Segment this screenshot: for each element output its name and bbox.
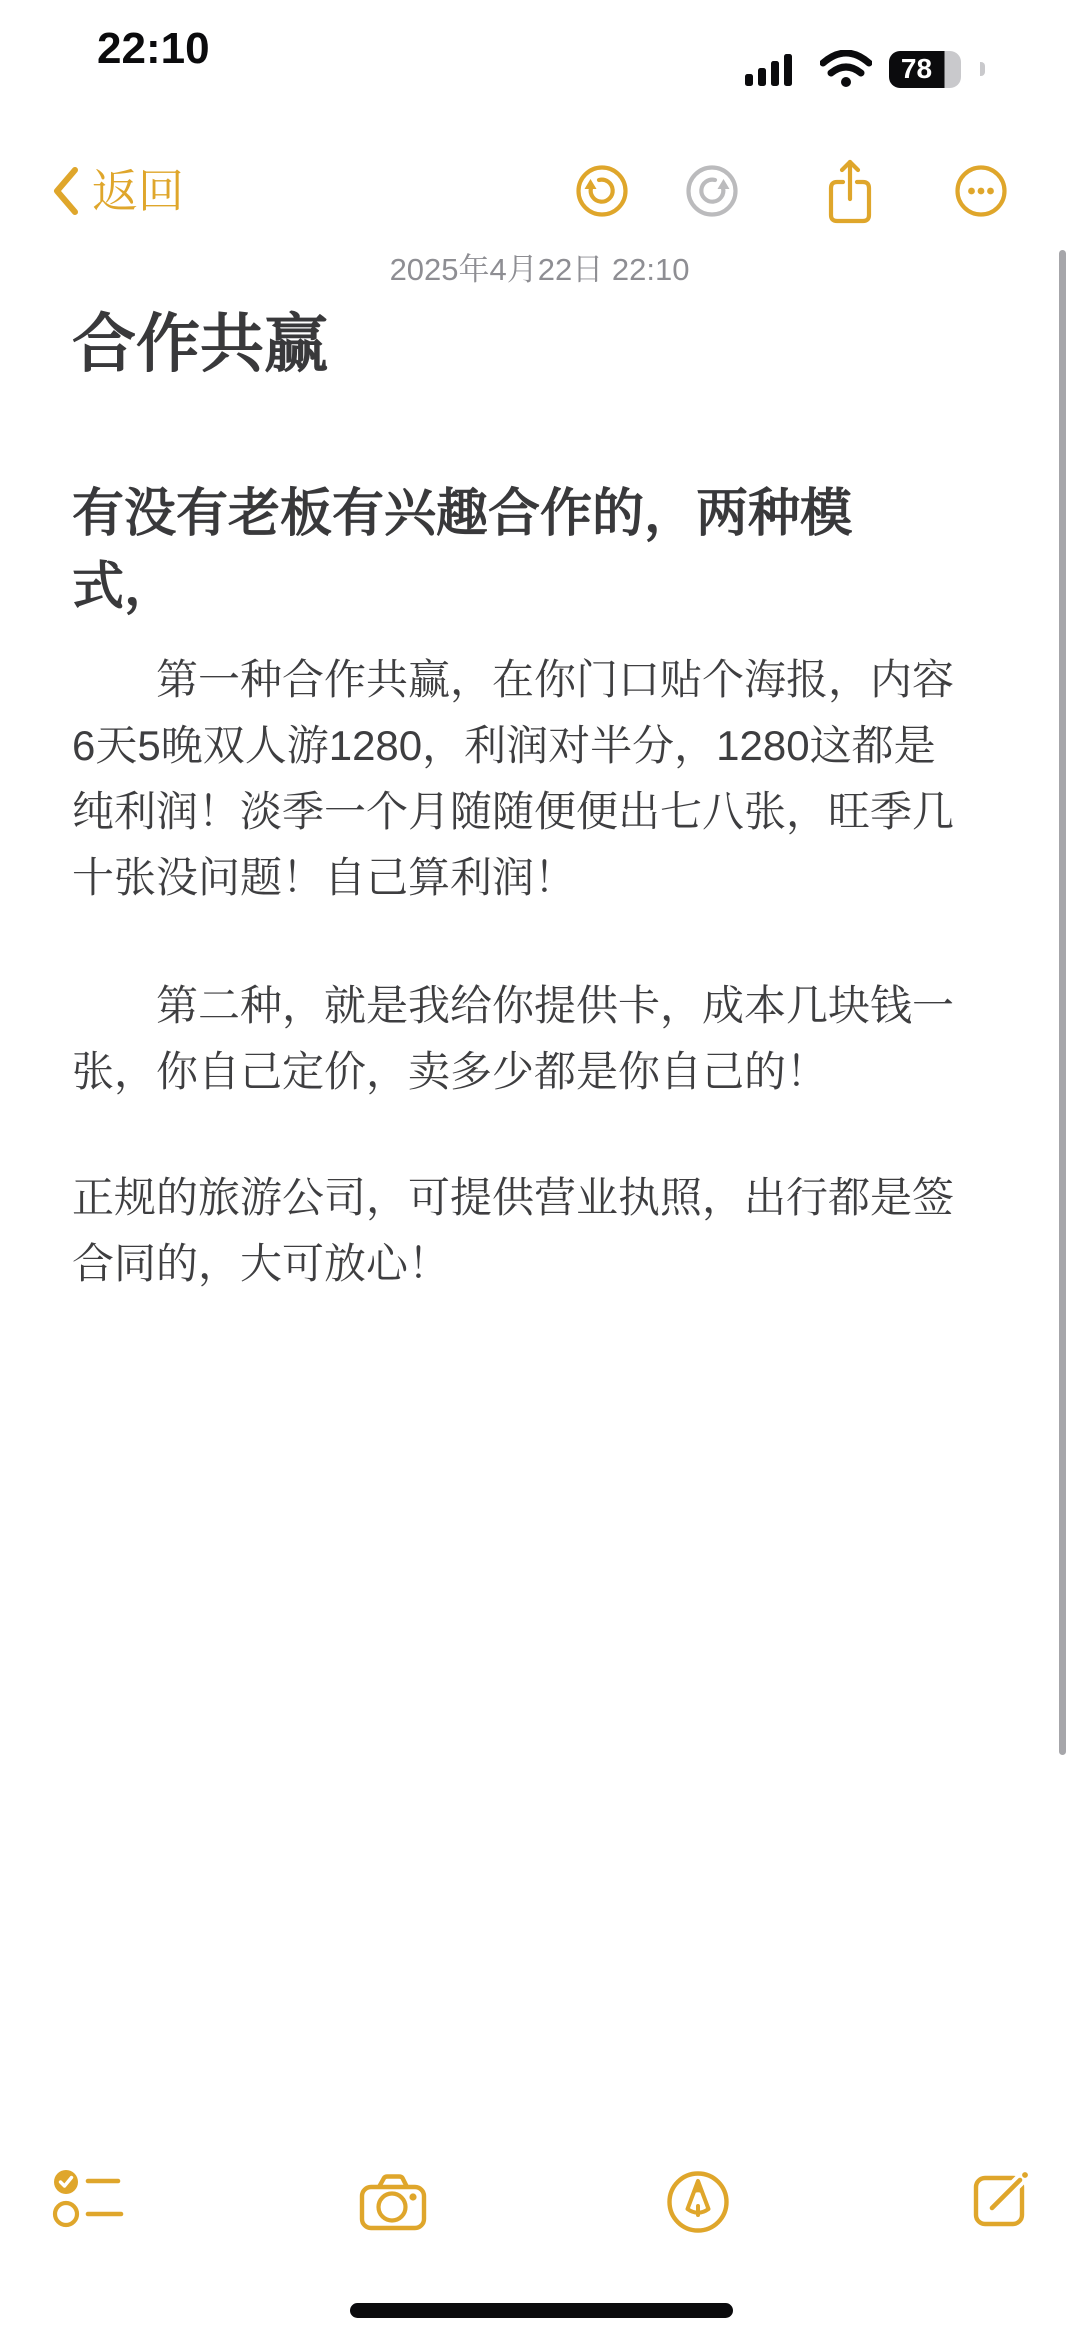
markup-icon[interactable] [665,2169,731,2235]
share-icon[interactable] [822,157,878,227]
note-line[interactable]: 正规的旅游公司，可提供营业执照，出行都是签 [72,1165,1007,1231]
heading-line[interactable]: 有没有老板有兴趣合作的，两种模 [72,478,1007,551]
note-paragraph-2[interactable]: 第二种，就是我给你提供卡，成本几块钱一 张，你自己定价，卖多少都是你自己的！ [72,973,1007,1105]
scrollbar[interactable] [1059,250,1066,1755]
note-content[interactable]: 2025年4月22日 22:10 合作共赢 有没有老板有兴趣合作的，两种模 式，… [72,250,1007,1297]
back-chevron-icon [50,165,80,217]
battery-nub [980,62,985,76]
undo-icon[interactable] [575,164,629,218]
heading-line[interactable]: 式， [72,551,1007,624]
note-title[interactable]: 合作共赢 [72,306,1007,382]
note-paragraph-3[interactable]: 正规的旅游公司，可提供营业执照，出行都是签 合同的，大可放心！ [72,1165,1007,1297]
compose-icon[interactable] [968,2168,1032,2232]
note-line[interactable]: 合同的，大可放心！ [72,1231,1007,1297]
note-line[interactable]: 6天5晚双人游1280，利润对半分，1280这都是 [72,713,1007,779]
redo-icon [685,164,739,218]
note-line[interactable]: 第一种合作共赢，在你门口贴个海报，内容 [72,647,1007,713]
wifi-icon [820,50,872,88]
back-button[interactable]: 返回 [50,160,184,222]
note-line[interactable]: 张，你自己定价，卖多少都是你自己的！ [72,1039,1007,1105]
note-line[interactable]: 第二种，就是我给你提供卡，成本几块钱一 [72,973,1007,1039]
battery-percent: 78 [889,53,944,85]
back-button-label: 返回 [92,160,184,222]
note-date: 2025年4月22日 22:10 [72,250,1007,290]
status-time: 22:10 [97,24,210,74]
checklist-icon[interactable] [50,2168,124,2232]
note-line[interactable]: 十张没问题！自己算利润！ [72,845,1007,911]
note-paragraph-1[interactable]: 第一种合作共赢，在你门口贴个海报，内容 6天5晚双人游1280，利润对半分，12… [72,647,1007,911]
battery-icon: 78 [889,51,961,88]
cellular-signal-icon [745,52,803,86]
note-line[interactable]: 纯利润！淡季一个月随随便便出七八张，旺季几 [72,779,1007,845]
home-indicator[interactable] [350,2303,733,2318]
camera-icon[interactable] [359,2172,429,2232]
more-icon[interactable] [954,164,1008,218]
notes-app-screen: 22:10 78 返回 [0,0,1079,2341]
note-heading[interactable]: 有没有老板有兴趣合作的，两种模 式， [72,478,1007,624]
